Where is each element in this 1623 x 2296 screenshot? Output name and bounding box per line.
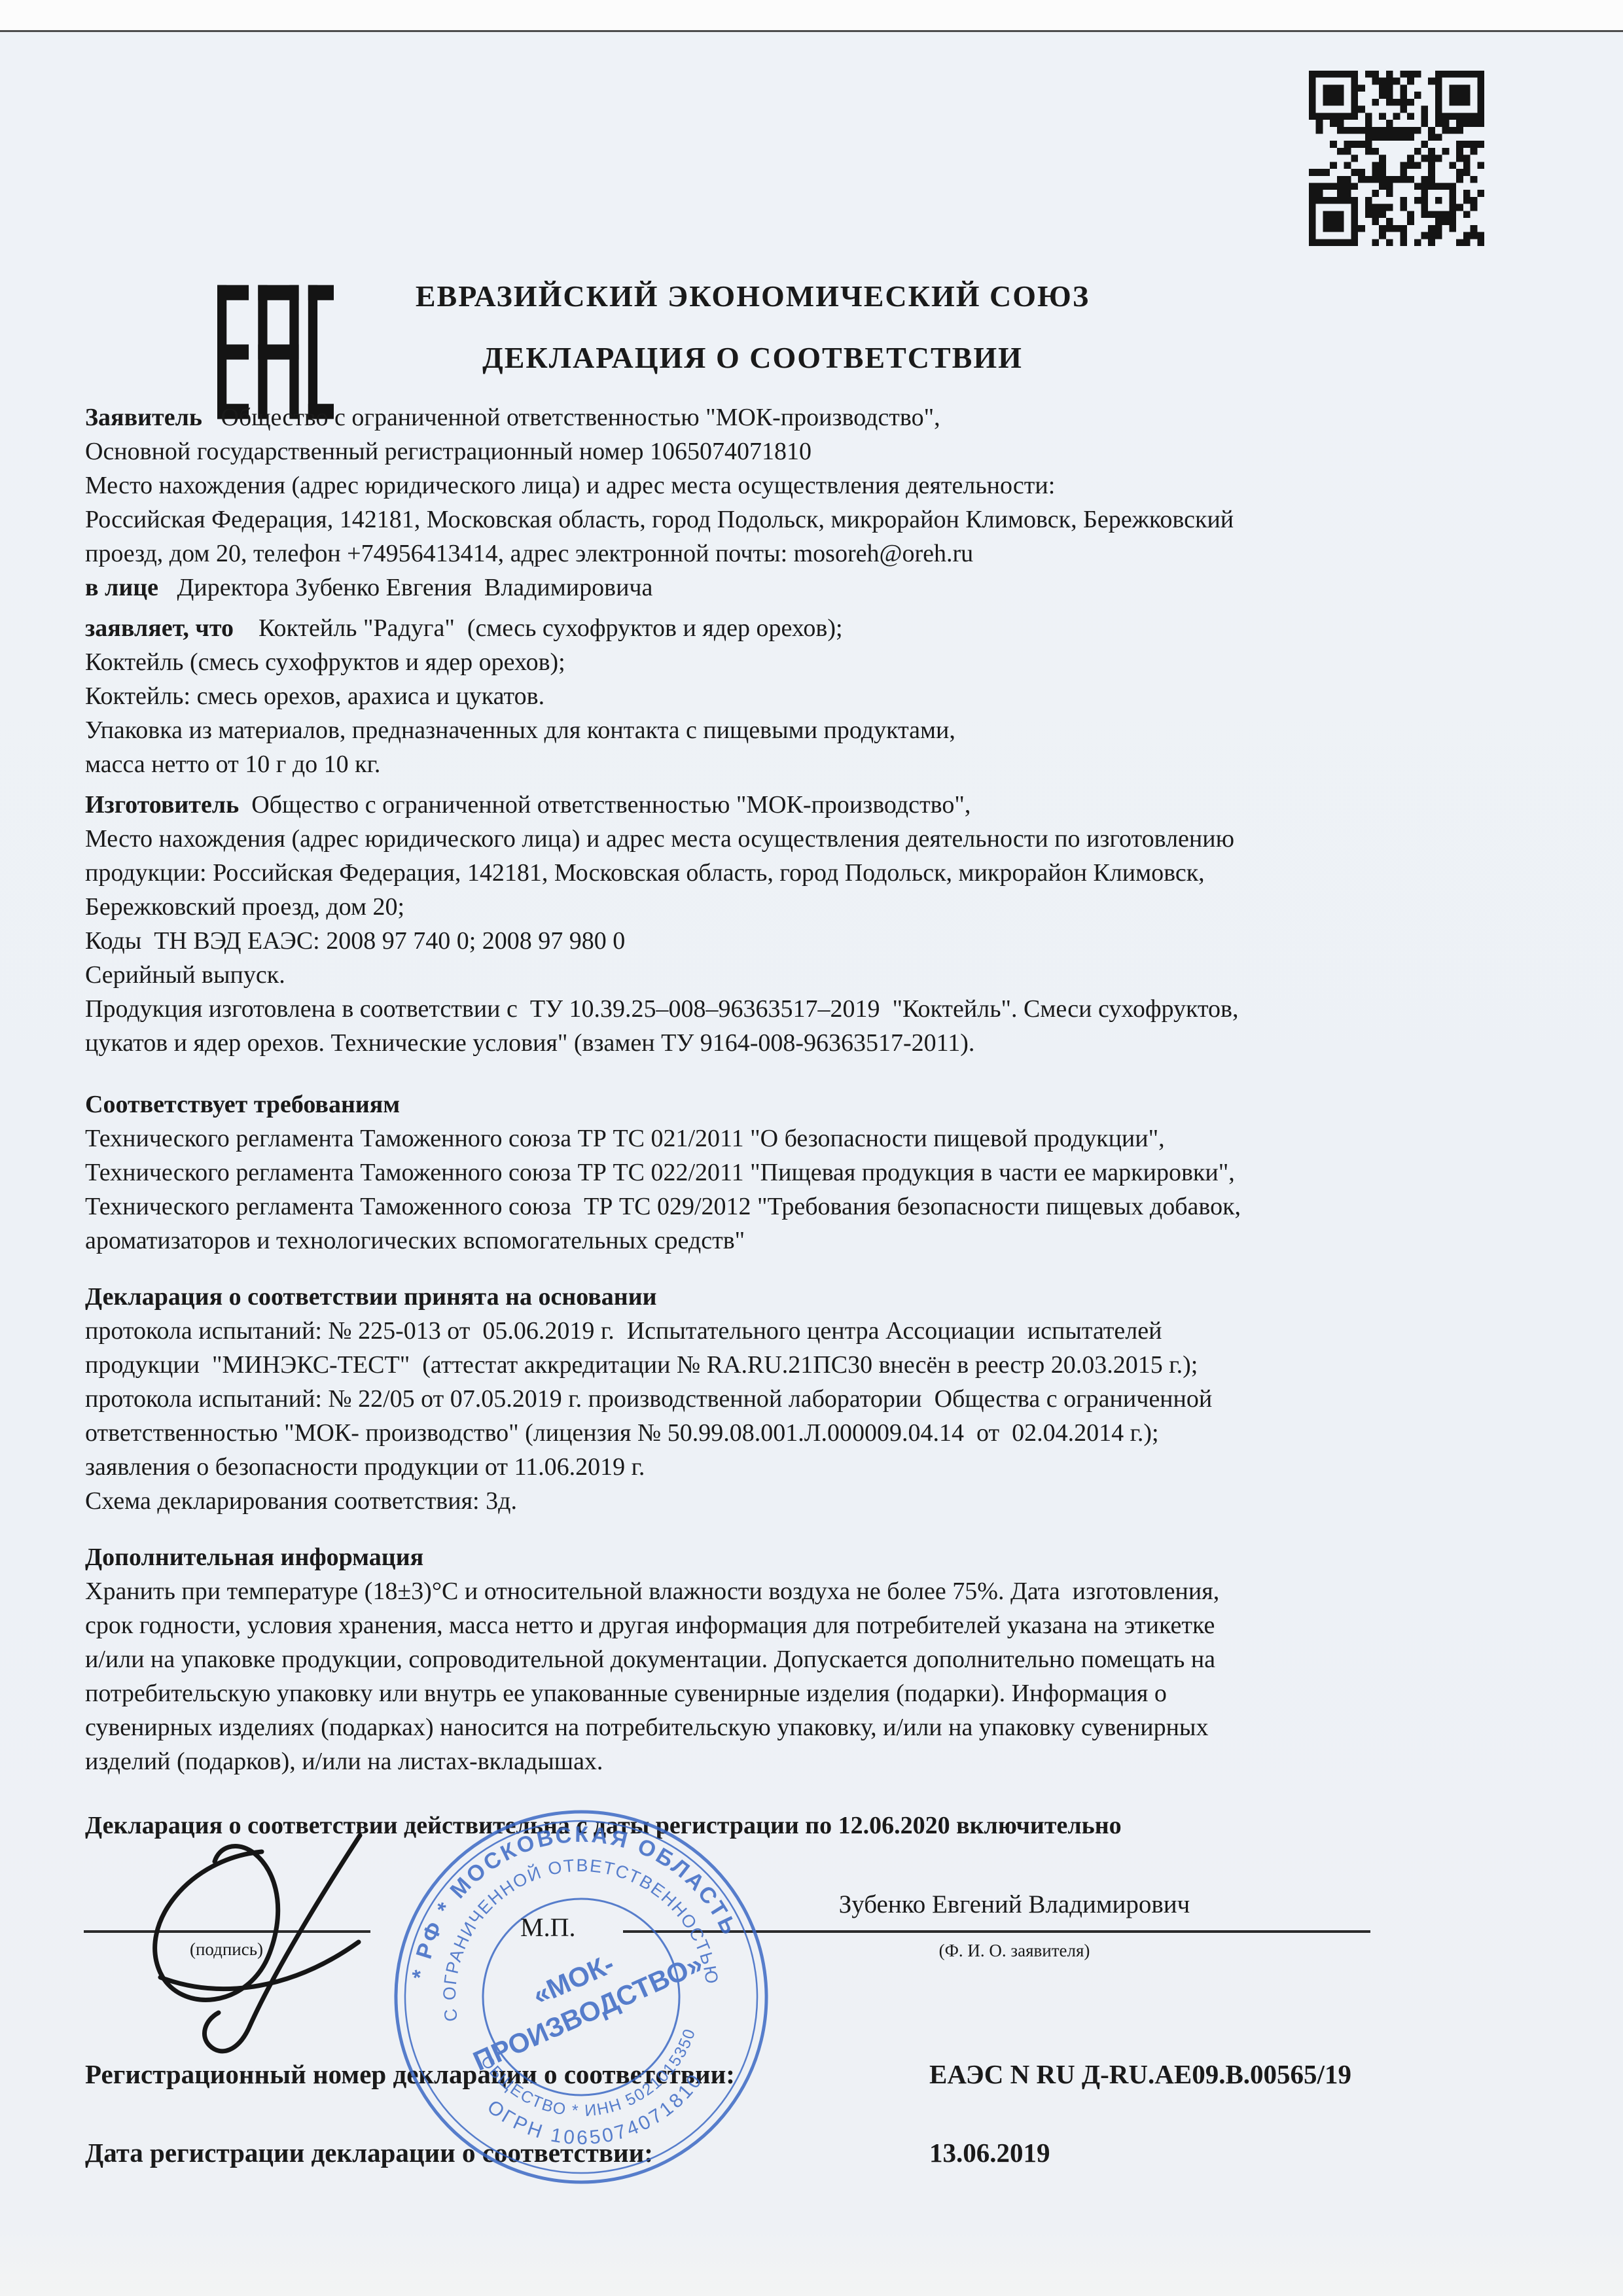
line-text: Бережковский проезд, дом 20; — [85, 893, 404, 921]
doc-line: Технического регламента Таможенного союз… — [85, 1156, 1551, 1190]
line-text: Основной государственный регистрационный… — [85, 438, 811, 465]
section-basis: Декларация о соответствии принята на осн… — [85, 1280, 1551, 1518]
doc-line: заявляет, что Коктейль "Радуга" (смесь с… — [85, 611, 1551, 645]
doc-line: масса нетто от 10 г до 10 кг. — [85, 747, 1551, 781]
doc-line: Заявитель Общество с ограниченной ответс… — [85, 400, 1551, 434]
line-text: Упаковка из материалов, предназначенных … — [85, 716, 955, 744]
section-manufacturer: Изготовитель Общество с ограниченной отв… — [85, 788, 1551, 1060]
document-body: Заявитель Общество с ограниченной ответс… — [85, 400, 1551, 1843]
doc-line: и/или на упаковке продукции, сопроводите… — [85, 1642, 1551, 1676]
registration-date-value: 13.06.2019 — [929, 2137, 1050, 2168]
doc-line: Коктейль: смесь орехов, арахиса и цукато… — [85, 679, 1551, 713]
scan-top-margin — [0, 0, 1623, 30]
registration-number-value: ЕАЭС N RU Д-RU.АЕ09.В.00565/19 — [929, 2058, 1351, 2090]
line-text: Место нахождения (адрес юридического лиц… — [85, 472, 1055, 499]
qr-code — [1309, 71, 1484, 246]
doc-line: проезд, дом 20, телефон +74956413414, ад… — [85, 537, 1551, 571]
section-product: заявляет, что Коктейль "Радуга" (смесь с… — [85, 611, 1551, 781]
document-title: ДЕКЛАРАЦИЯ О СООТВЕТСТВИИ — [0, 342, 1505, 374]
document-header: ЕВРАЗИЙСКИЙ ЭКОНОМИЧЕСКИЙ СОЮЗ ДЕКЛАРАЦИ… — [0, 280, 1505, 374]
line-lead: Заявитель — [85, 404, 202, 431]
line-text: Продукция изготовлена в соответствии с Т… — [85, 995, 1239, 1023]
line-text: Директора Зубенко Евгения Владимировича — [158, 574, 652, 601]
line-text: Коктейль (смесь сухофруктов и ядер орехо… — [85, 648, 565, 676]
doc-line: Коктейль (смесь сухофруктов и ядер орехо… — [85, 645, 1551, 679]
doc-line: потребительскую упаковку или внутрь ее у… — [85, 1676, 1551, 1710]
doc-line: в лице Директора Зубенко Евгения Владими… — [85, 571, 1551, 605]
section-additional-info: Дополнительная информация Хранить при те… — [85, 1540, 1551, 1778]
seal-place-caption: М.П. — [520, 1912, 575, 1943]
applicant-name-caption: (Ф. И. О. заявителя) — [746, 1941, 1283, 1961]
doc-line: Российская Федерация, 142181, Московская… — [85, 503, 1551, 537]
line-lead: в лице — [85, 574, 158, 601]
doc-line: ответственностью "МОК- производство" (ли… — [85, 1416, 1551, 1450]
doc-line: Хранить при температуре (18±3)°С и относ… — [85, 1574, 1551, 1608]
line-text: Серийный выпуск. — [85, 961, 285, 989]
line-text: Коктейль: смесь орехов, арахиса и цукато… — [85, 682, 544, 710]
line-text: Коды ТН ВЭД ЕАЭС: 2008 97 740 0; 2008 97… — [85, 927, 625, 955]
doc-line: продукции "МИНЭКС-ТЕСТ" (аттестат аккред… — [85, 1348, 1551, 1382]
section-heading-compliance: Соответствует требованиям — [85, 1087, 1551, 1122]
doc-line: сувенирных изделиях (подарках) наносится… — [85, 1710, 1551, 1744]
line-text: цукатов и ядер орехов. Технические услов… — [85, 1029, 974, 1057]
line-text: проезд, дом 20, телефон +74956413414, ад… — [85, 540, 973, 567]
line-text: Общество с ограниченной ответственностью… — [239, 791, 971, 819]
section-heading-basis: Декларация о соответствии принята на осн… — [85, 1280, 1551, 1314]
doc-line: ароматизаторов и технологических вспомог… — [85, 1224, 1551, 1258]
section-compliance: Соответствует требованиям Технического р… — [85, 1087, 1551, 1258]
doc-line: заявления о безопасности продукции от 11… — [85, 1450, 1551, 1484]
doc-line: Коды ТН ВЭД ЕАЭС: 2008 97 740 0; 2008 97… — [85, 924, 1551, 958]
company-stamp: * РФ * МОСКОВСКАЯ ОБЛАСТЬ ОГРН 106507407… — [359, 1775, 803, 2219]
line-lead: заявляет, что — [85, 614, 234, 642]
doc-line: изделий (подарков), и/или на листах-вкла… — [85, 1744, 1551, 1778]
line-text: продукции: Российская Федерация, 142181,… — [85, 859, 1205, 887]
doc-line: Изготовитель Общество с ограниченной отв… — [85, 788, 1551, 822]
doc-line: Место нахождения (адрес юридического лиц… — [85, 468, 1551, 503]
doc-line: протокола испытаний: № 225-013 от 05.06.… — [85, 1314, 1551, 1348]
line-lead: Изготовитель — [85, 791, 239, 819]
applicant-name: Зубенко Евгений Владимирович — [746, 1890, 1283, 1919]
doc-line: Упаковка из материалов, предназначенных … — [85, 713, 1551, 747]
line-text: Российская Федерация, 142181, Московская… — [85, 506, 1234, 533]
union-title: ЕВРАЗИЙСКИЙ ЭКОНОМИЧЕСКИЙ СОЮЗ — [0, 280, 1505, 313]
line-text: Общество с ограниченной ответственностью… — [202, 404, 940, 431]
line-text: масса нетто от 10 г до 10 кг. — [85, 751, 380, 778]
section-applicant: Заявитель Общество с ограниченной ответс… — [85, 400, 1551, 605]
doc-line: Продукция изготовлена в соответствии с Т… — [85, 992, 1551, 1026]
doc-line: Основной государственный регистрационный… — [85, 434, 1551, 468]
line-text: Место нахождения (адрес юридического лиц… — [85, 825, 1234, 853]
doc-line: Схема декларирования соответствия: 3д. — [85, 1484, 1551, 1518]
line-text: Коктейль "Радуга" (смесь сухофруктов и я… — [234, 614, 843, 642]
doc-line: Серийный выпуск. — [85, 958, 1551, 992]
doc-line: Технического регламента Таможенного союз… — [85, 1122, 1551, 1156]
doc-line: Место нахождения (адрес юридического лиц… — [85, 822, 1551, 856]
doc-line: Бережковский проезд, дом 20; — [85, 890, 1551, 924]
doc-line: протокола испытаний: № 22/05 от 07.05.20… — [85, 1382, 1551, 1416]
doc-line: цукатов и ядер орехов. Технические услов… — [85, 1026, 1551, 1060]
section-heading-additional-info: Дополнительная информация — [85, 1540, 1551, 1574]
doc-line: Технического регламента Таможенного союз… — [85, 1190, 1551, 1224]
doc-line: продукции: Российская Федерация, 142181,… — [85, 856, 1551, 890]
doc-line: срок годности, условия хранения, масса н… — [85, 1608, 1551, 1642]
